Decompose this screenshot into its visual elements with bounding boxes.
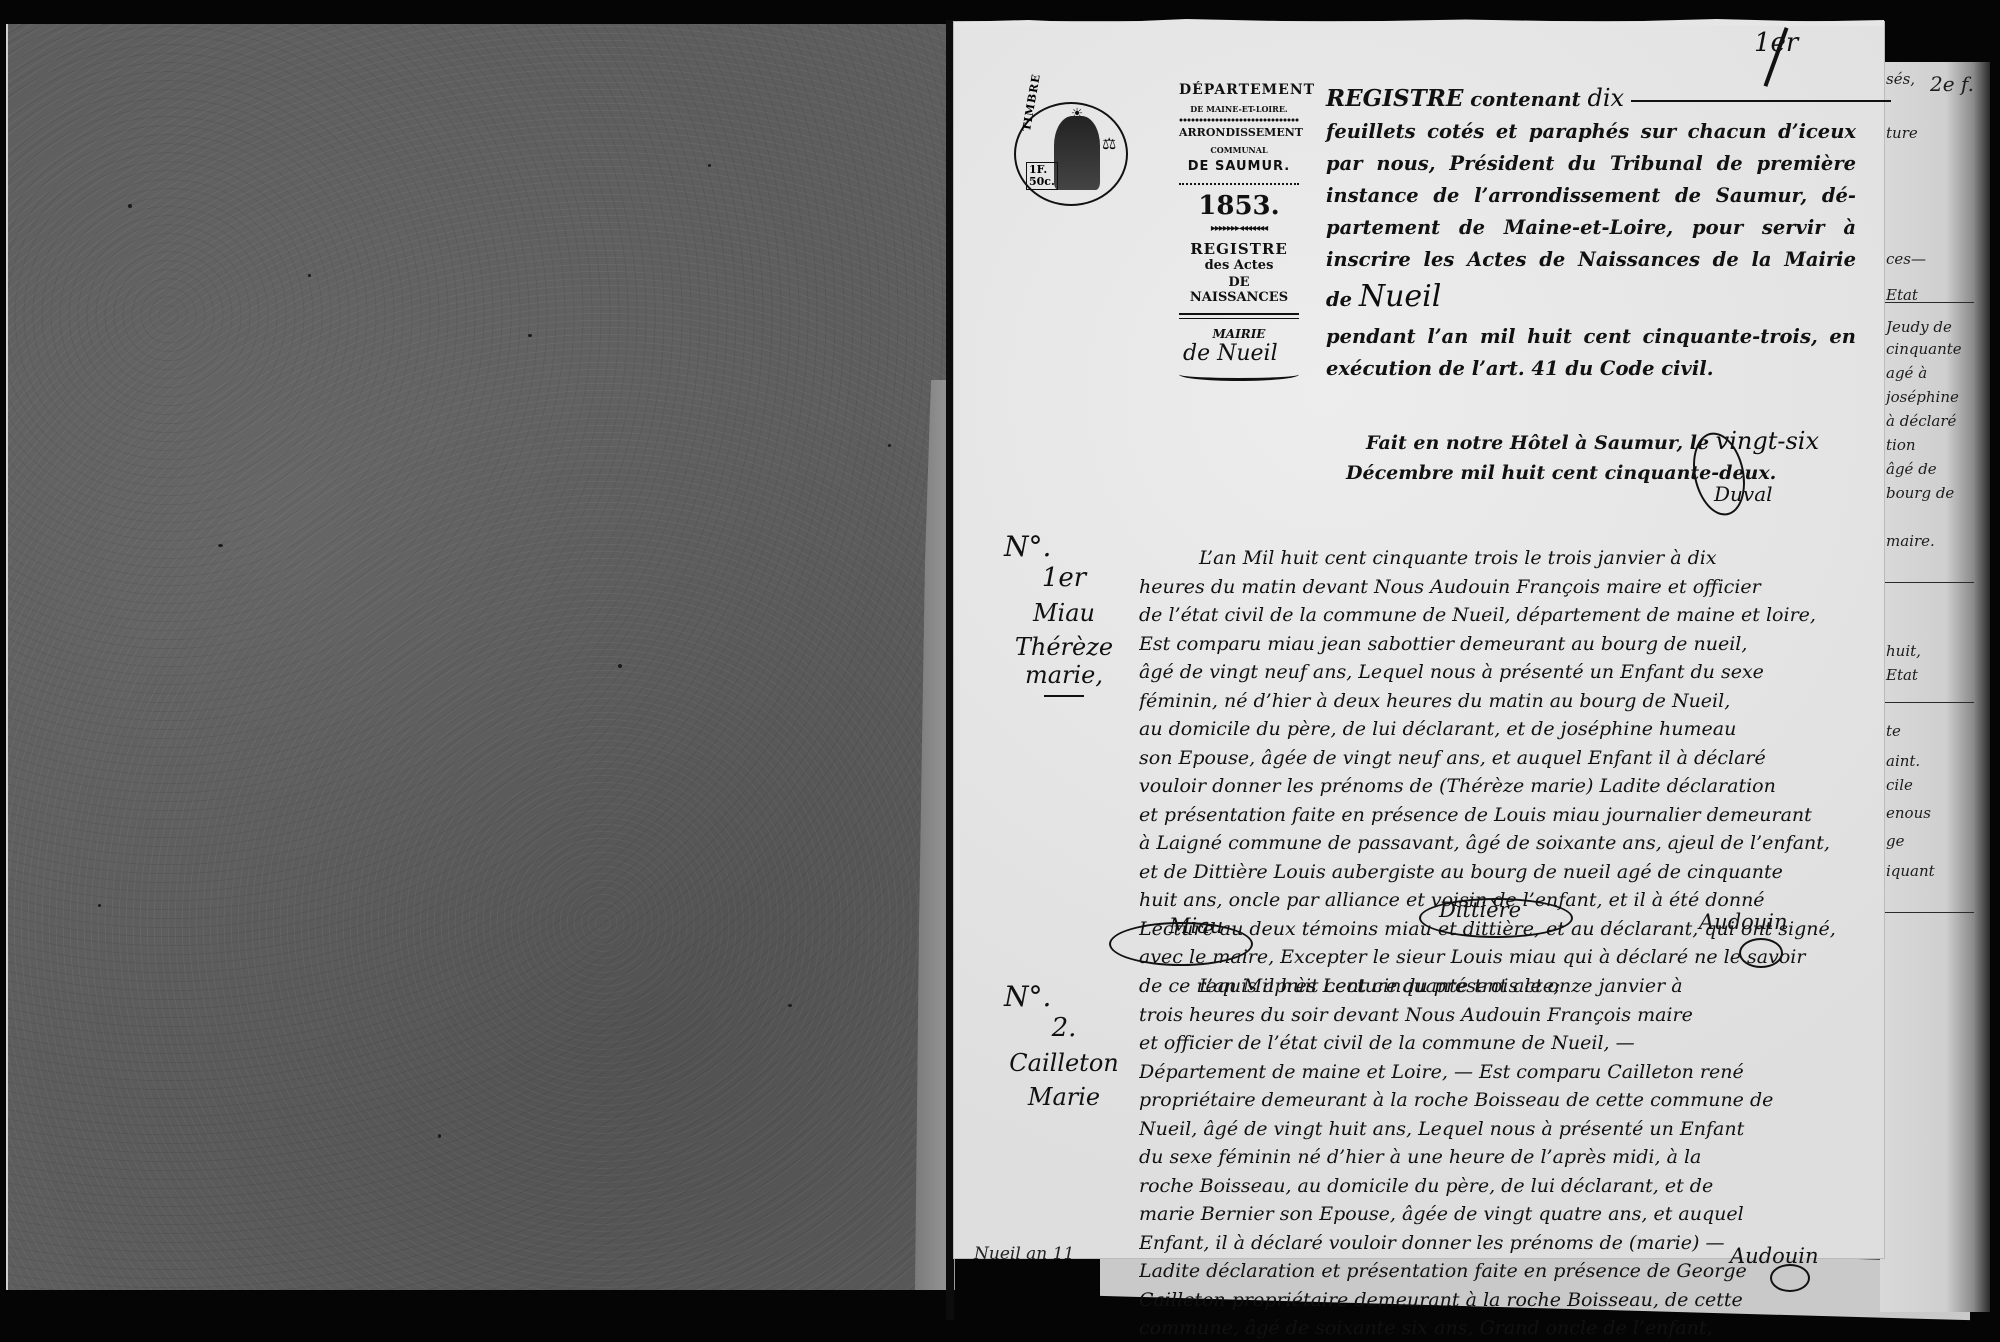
next-page-fragment: huit, [1886, 642, 1921, 660]
printed-line: REGISTRE contenant dix [1326, 82, 1856, 116]
margin-dash [1044, 695, 1084, 697]
next-page-fragment: cinquante [1886, 340, 1962, 358]
next-page-fragment: âgé de [1886, 460, 1937, 478]
entry-margin-note: N°. 1er Miau Thérèze marie, [994, 530, 1134, 697]
next-page-fragment: ces— [1886, 250, 1926, 268]
next-page-fragment: enous [1886, 804, 1931, 822]
next-page-fragment: te [1886, 722, 1901, 740]
printed-line: instance de l’arrondissement de Saumur, … [1326, 180, 1856, 212]
handwritten-line: du sexe féminin né d’hier à une heure de… [1139, 1143, 1844, 1172]
handwritten-line: propriétaire demeurant à la roche Boisse… [1139, 1086, 1844, 1115]
handwritten-line: commune, âgé de soixante six ans, Grand … [1139, 1314, 1844, 1342]
handwritten-line: et officier de l’état civil de la commun… [1139, 1029, 1844, 1058]
handwritten-line: féminin, né d’hier à deux heures du mati… [1139, 687, 1844, 716]
printed-line: feuillets cotés et paraphés sur chacun d… [1326, 116, 1856, 148]
paper-speck [528, 334, 532, 337]
signature-audouin: Audouin [1699, 910, 1788, 934]
entry-margin-note: N°. 2. Cailleton Marie [994, 980, 1134, 1111]
ruled-line [1884, 302, 1974, 303]
handwritten-line: trois heures du soir devant Nous Audouin… [1139, 1001, 1844, 1030]
mayor-paraph-oval [1739, 938, 1783, 968]
entry-rank: 1er [994, 563, 1134, 593]
entry-firstname: Thérèze [994, 633, 1134, 661]
next-page-fragment: ture [1886, 124, 1918, 142]
handwritten-line: à Laigné commune de passavant, âgé de so… [1139, 829, 1844, 858]
handwritten-line: son Epouse, âgée de vingt neuf ans, et a… [1139, 744, 1844, 773]
entry-firstname: marie, [994, 661, 1134, 689]
next-page-fragment: sés, [1886, 70, 1915, 88]
paper-speck [438, 1134, 441, 1138]
double-rule-divider [1179, 313, 1299, 319]
handwritten-line: L’an Mil huit cent cinquante trois le tr… [1139, 544, 1844, 573]
handwritten-line: au domicile du père, de lui déclarant, e… [1139, 715, 1844, 744]
next-page-fragment: Etat [1886, 666, 1918, 684]
next-page-fragment: tion [1886, 436, 1916, 454]
register-page: 1er ☀ ⚖ TIMBRE 1F.50c. DÉPARTEMENT DE MA… [954, 22, 1884, 1258]
book-binding [946, 20, 954, 1320]
handwritten-line: Département de maine et Loire, — Est com… [1139, 1058, 1844, 1087]
stamp-label: TIMBRE [1020, 73, 1043, 133]
printed-certification-text: REGISTRE contenant dix feuillets cotés e… [1326, 82, 1856, 385]
paper-speck [618, 664, 622, 668]
handwritten-leaf-count: dix [1587, 84, 1624, 112]
registre-label: REGISTRE [1179, 240, 1299, 258]
arrondissement-label: ARRONDISSEMENT [1179, 126, 1299, 139]
seated-liberty-seal-icon: ☀ ⚖ TIMBRE 1F.50c. [1014, 102, 1128, 206]
departement-name: DE MAINE-ET-LOIRE. [1179, 104, 1299, 114]
entry-rank: 2. [994, 1013, 1134, 1043]
ruled-line [1884, 912, 1974, 913]
next-page-fragment: agé à [1886, 364, 1927, 382]
mairie-name: de Nueil [1179, 341, 1299, 366]
entry-number-label: N°. [994, 530, 1134, 563]
president-signature: Duval [1714, 482, 1773, 506]
mairie-label: MAIRIE [1179, 327, 1299, 341]
next-page-fragment: à déclaré [1886, 412, 1956, 430]
handwritten-line: et de Dittière Louis aubergiste au bourg… [1139, 858, 1844, 887]
liberty-figure [1054, 116, 1100, 190]
scales-icon: ⚖ [1102, 134, 1116, 153]
handwritten-line: heures du matin devant Nous Audouin Fran… [1139, 573, 1844, 602]
next-page-fragment: iquant [1886, 862, 1935, 880]
paper-speck [128, 204, 132, 208]
archival-pencil-note: Nueil an 11 [974, 1244, 1074, 1264]
entry-surname: Cailleton [994, 1049, 1134, 1077]
ruled-line [1884, 702, 1974, 703]
register-year: 1853. [1179, 191, 1299, 221]
handwritten-commune-name: Nueil [1359, 279, 1442, 314]
next-page-fragment: bourg de [1886, 484, 1954, 502]
des-actes-label: des Actes [1179, 258, 1299, 273]
entry-signatures: Miau Dittière Audouin [1139, 902, 1844, 962]
handwritten-line: L’an Mil huit cent cinquante trois le on… [1139, 972, 1844, 1001]
fill-line [1631, 100, 1891, 102]
printed-line: partement de Maine-et-Loire, pour servir… [1326, 212, 1856, 244]
printed-line: inscrire les Actes de Naissances de la M… [1326, 244, 1856, 276]
next-page-fragment: cile [1886, 776, 1913, 794]
next-page-fragment: ge [1886, 832, 1904, 850]
signature-audouin: Audouin [1730, 1244, 1819, 1268]
paper-speck [708, 164, 711, 167]
paper-speck [788, 1004, 792, 1007]
next-page-fragment: 2e f. [1930, 72, 1974, 96]
next-page-fragment: Jeudy de [1886, 318, 1952, 336]
naissances-label: DE NAISSANCES [1179, 275, 1299, 305]
paper-speck [308, 274, 311, 277]
ruled-line [1884, 582, 1974, 583]
printed-line: pendant l’an mil huit cent cinquante-tro… [1326, 321, 1856, 353]
arrondissement-name: DE SAUMUR. [1179, 159, 1299, 174]
dotted-divider [1179, 118, 1299, 122]
printed-line: Fait en notre Hôtel à Saumur, le vingt-s… [1346, 426, 1826, 458]
paper-speck [888, 444, 891, 447]
mayor-paraph-oval [1770, 1264, 1810, 1292]
printed-line: par nous, Président du Tribunal de premi… [1326, 148, 1856, 180]
handwritten-line: Est comparu miau jean sabottier demeuran… [1139, 630, 1844, 659]
register-header-column: DÉPARTEMENT DE MAINE-ET-LOIRE. ARRONDISS… [1179, 82, 1299, 381]
next-page-fragment: maire. [1886, 532, 1935, 550]
printed-line: exécution de l’art. 41 du Code civil. [1326, 353, 1856, 385]
underlying-page-signature: Audouin [1670, 1250, 1930, 1310]
wavy-divider [1179, 180, 1299, 185]
handwritten-line: vouloir donner les prénoms de (Thérèze m… [1139, 772, 1844, 801]
handwritten-line: de l’état civil de la commune de Nueil, … [1139, 601, 1844, 630]
left-blank-page [6, 24, 952, 1290]
arrow-divider: ▸▸▸▸▸▸▸◂◂◂◂◂◂◂ [1179, 223, 1299, 234]
handwritten-line: âgé de vingt neuf ans, Lequel nous à pré… [1139, 658, 1844, 687]
handwritten-line: marie Bernier son Epouse, âgée de vingt … [1139, 1200, 1844, 1229]
dated-closing-text: Fait en notre Hôtel à Saumur, le vingt-s… [1346, 426, 1826, 488]
entry-firstname: Marie [994, 1083, 1134, 1111]
stamp-value: 1F.50c. [1026, 162, 1058, 190]
signature-dittiere: Dittière [1439, 898, 1521, 922]
communal-label: COMMUNAL [1179, 145, 1299, 155]
next-page-fragment: aint. [1886, 752, 1920, 770]
entry-surname: Miau [994, 599, 1134, 627]
departement-label: DÉPARTEMENT [1179, 82, 1299, 98]
underlying-next-page: sés, 2e f. ture ces— Etat Jeudy de cinqu… [1880, 62, 1990, 1312]
handwritten-line: et présentation faite en présence de Lou… [1139, 801, 1844, 830]
entry-number-label: N°. [994, 980, 1134, 1013]
handwritten-line: Nueil, âgé de vingt huit ans, Lequel nou… [1139, 1115, 1844, 1144]
handwritten-line: roche Boisseau, au domicile du père, de … [1139, 1172, 1844, 1201]
signature-miau: Miau [1169, 914, 1223, 938]
paper-speck [218, 544, 223, 547]
flourish-divider [1179, 368, 1299, 381]
next-page-fragment: joséphine [1886, 388, 1959, 406]
paper-speck [98, 904, 101, 907]
printed-line: de Nueil [1326, 276, 1856, 321]
